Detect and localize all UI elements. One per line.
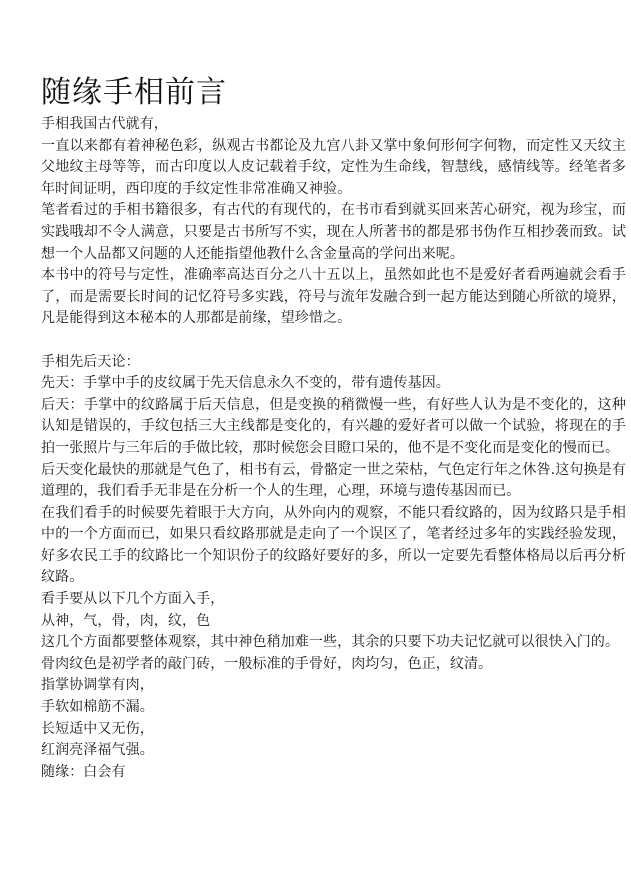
paragraph-mystery: 一直以来都有着神秘色彩，纵观古书都论及九宫八卦又掌中象何形何字何物，而定性又天纹…	[41, 136, 626, 201]
paragraph-innate: 先天：手掌中手的皮纹属于先天信息永久不变的，带有遗传基因。	[41, 373, 626, 395]
paragraph-intro: 手相我国古代就有，	[41, 114, 626, 136]
paragraph-overall-view: 在我们看手的时候要先着眼于大方向，从外向内的观察，不能只看纹路的，因为纹路只是手…	[41, 503, 626, 589]
verse-line-3: 长短适中又无伤，	[41, 719, 626, 741]
paragraph-aspects-intro: 看手要从以下几个方面入手，	[41, 589, 626, 611]
paragraph-acquired: 后天：手掌中的纹路属于后天信息，但是变换的稍微慢一些，有好些人认为是不变化的，这…	[41, 395, 626, 460]
blank-line	[41, 330, 626, 352]
paragraph-books: 笔者看过的手相书籍很多，有古代的有现代的，在书市看到就买回来苦心研究，视为珍宝，…	[41, 200, 626, 265]
verse-line-1: 指掌协调掌有肉，	[41, 675, 626, 697]
paragraph-beginner: 骨肉纹色是初学者的敲门砖，一般标准的手骨好，肉均匀，色正，纹清。	[41, 654, 626, 676]
verse-line-4: 红润亮泽福气强。	[41, 740, 626, 762]
document-title: 随缘手相前言	[41, 74, 626, 112]
paragraph-complexion: 后天变化最快的那就是气色了，相书有云，骨骼定一世之荣枯，气色定行年之休咎.这句换…	[41, 460, 626, 503]
document-page: 随缘手相前言 手相我国古代就有， 一直以来都有着神秘色彩，纵观古书都论及九宫八卦…	[41, 74, 626, 783]
paragraph-accuracy: 本书中的符号与定性，准确率高达百分之八十五以上，虽然如此也不是爱好者看两遍就会看…	[41, 265, 626, 330]
verse-line-2: 手软如棉筋不漏。	[41, 697, 626, 719]
paragraph-observe-whole: 这几个方面都要整体观察，其中神色稍加难一些，其余的只要下功夫记忆就可以很快入门的…	[41, 632, 626, 654]
paragraph-aspects-list: 从神，气，骨，肉，纹，色	[41, 611, 626, 633]
author-signature: 随缘：白会有	[41, 762, 626, 784]
section-heading-innate-acquired: 手相先后天论：	[41, 352, 626, 374]
